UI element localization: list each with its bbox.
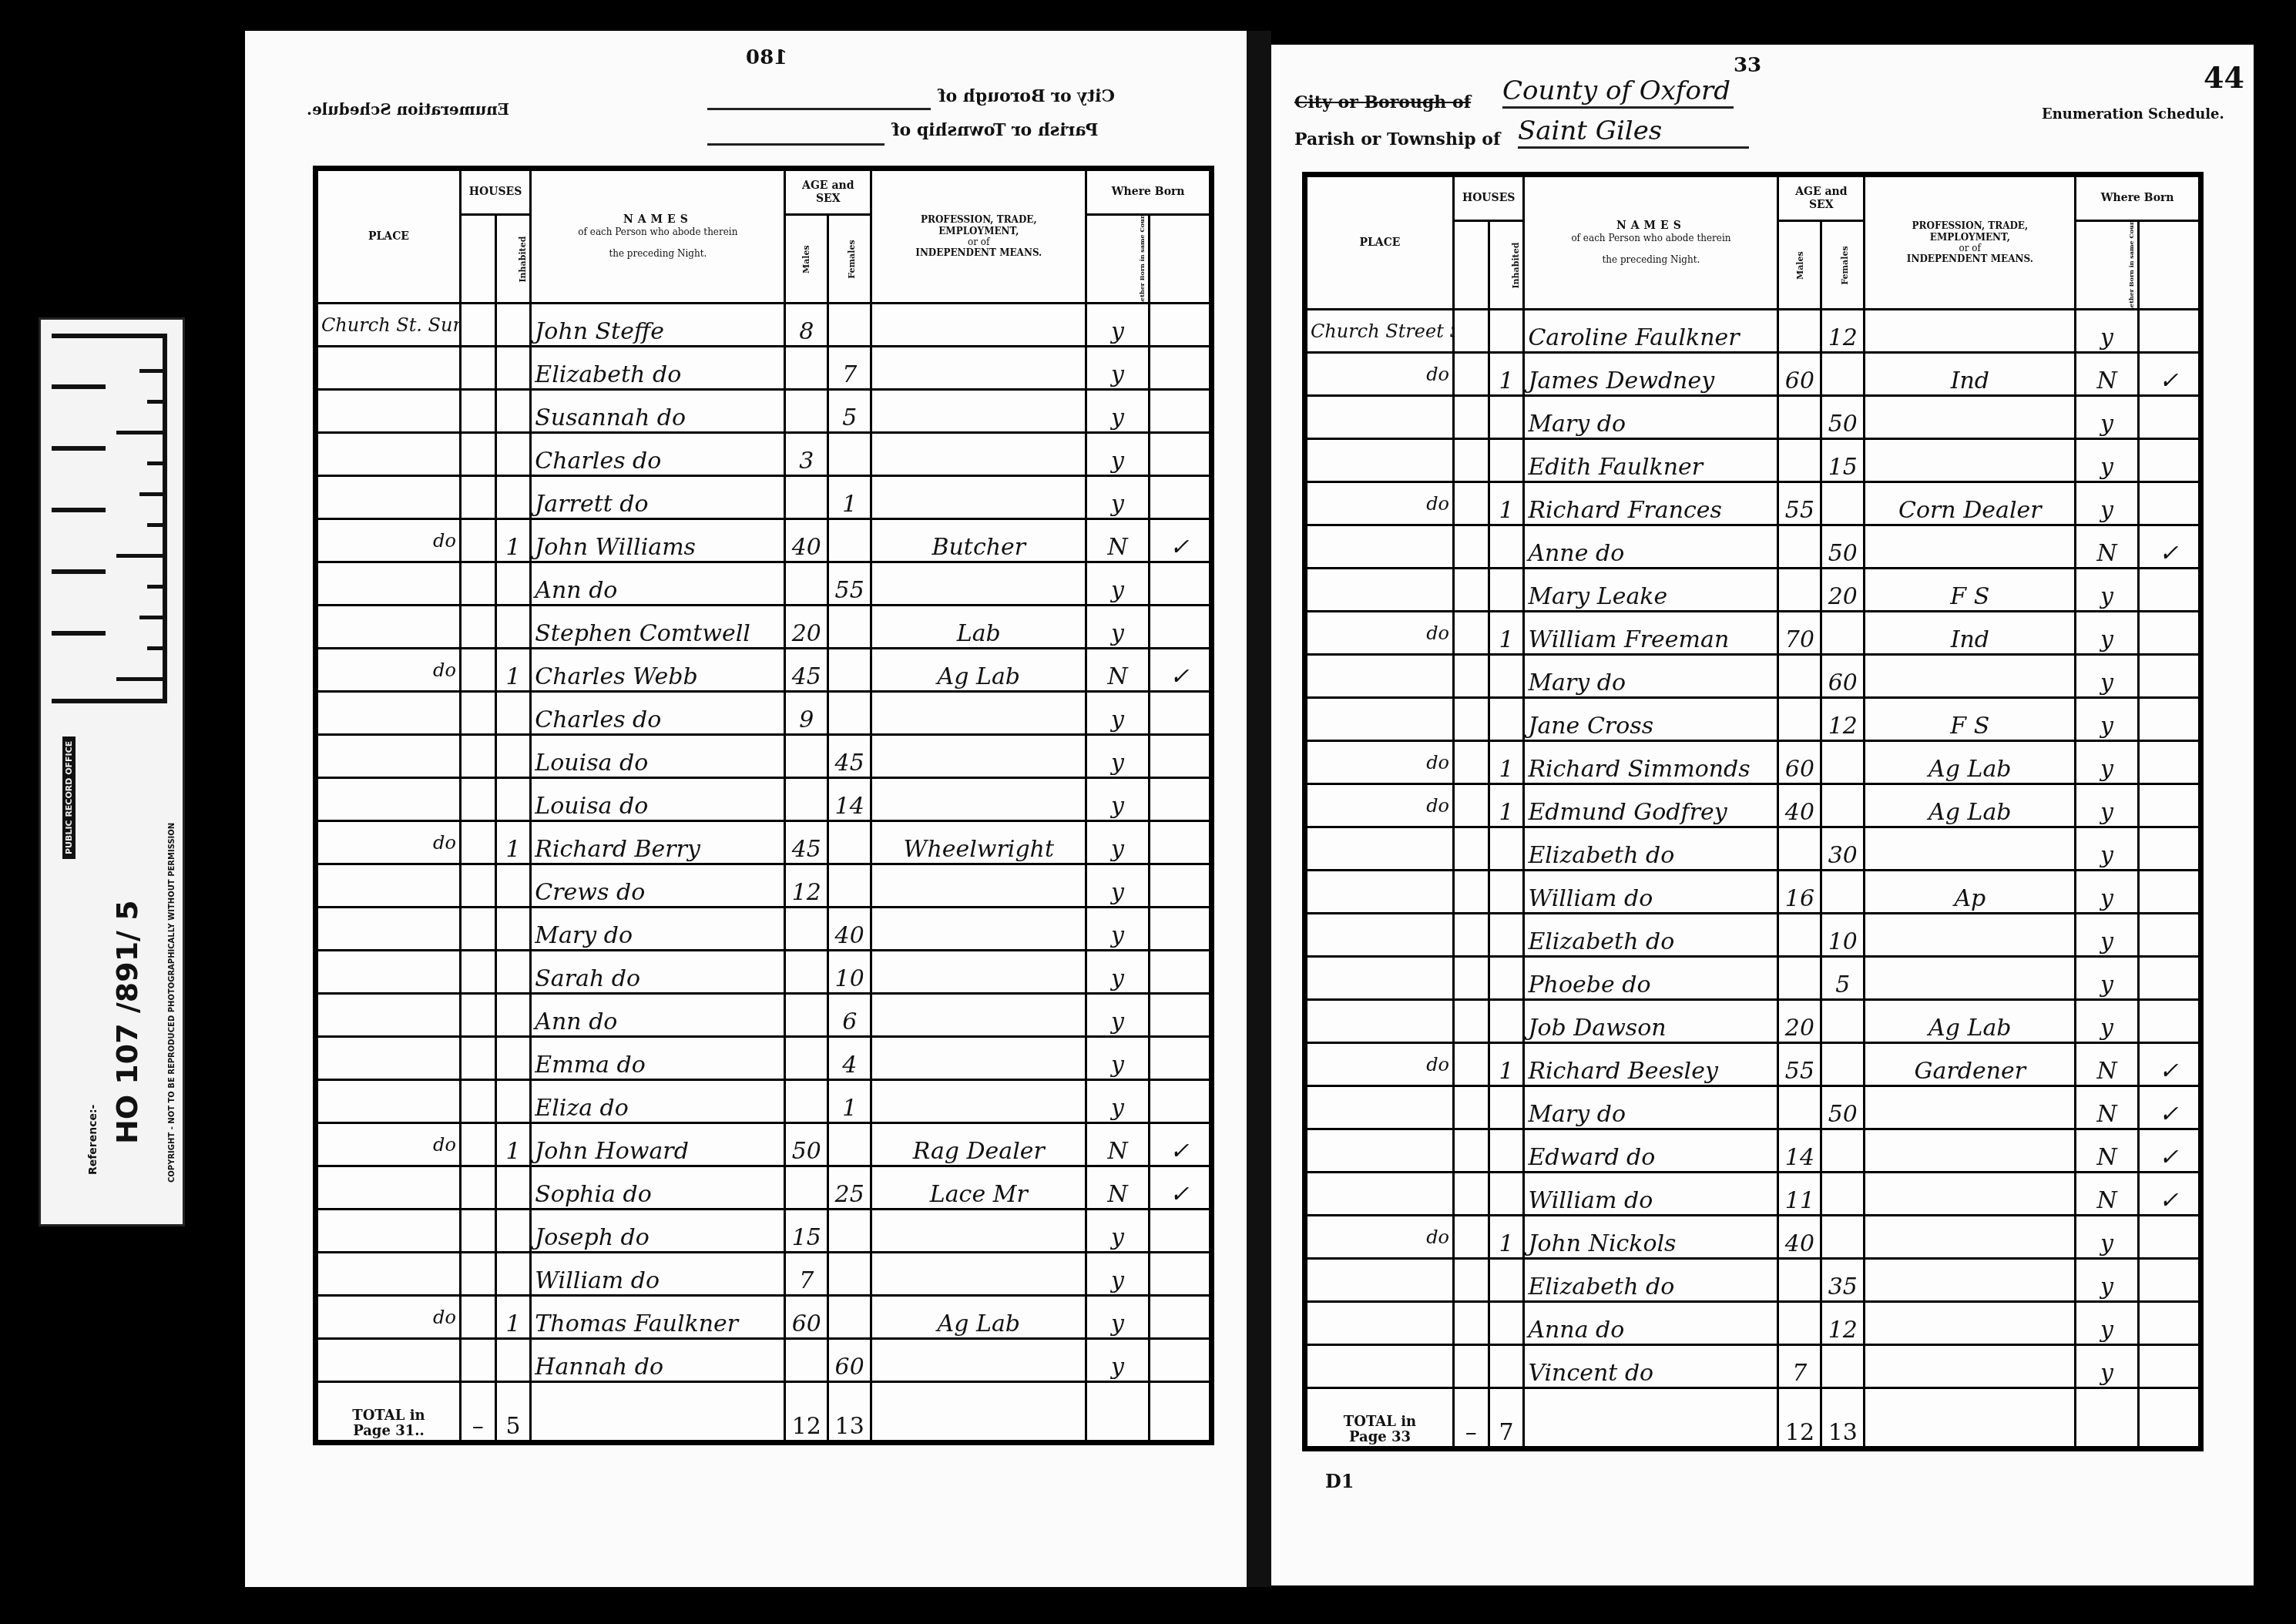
table-row: do1Edmund Godfrey40Ag Laby (1305, 784, 2201, 827)
name-cell: Charles Webb (531, 649, 785, 692)
name-cell: Mary do (1524, 396, 1778, 439)
born-county-cell: y (1086, 821, 1149, 864)
name-cell: Eliza do (531, 1080, 785, 1123)
profession-cell (1865, 310, 2076, 353)
place-cell (1305, 1086, 1454, 1129)
uninhabited-cell (460, 519, 495, 562)
name-cell: Sophia do (531, 1166, 785, 1210)
place-cell: do (316, 821, 461, 864)
uninhabited-cell (1453, 914, 1489, 957)
inhabited-cell (495, 606, 531, 649)
inhabited-cell (1489, 871, 1524, 914)
uninhabited-cell (1453, 439, 1489, 482)
foreign-born-cell (1149, 390, 1211, 433)
foreign-born-cell (2138, 698, 2200, 741)
name-cell: Edward do (1524, 1129, 1778, 1173)
inhabited-cell (1489, 957, 1524, 1000)
profession-cell: Ag Lab (871, 649, 1086, 692)
profession-cell (871, 908, 1086, 951)
male-age-cell (785, 951, 828, 994)
table-row: Jane Cross12F Sy (1305, 698, 2201, 741)
male-age-cell (1778, 439, 1821, 482)
inhabited-cell (1489, 525, 1524, 569)
uninhabited-cell (460, 994, 495, 1037)
table-row: Phoebe do5y (1305, 957, 2201, 1000)
col-names: NAMESof each Person who abode thereinthe… (531, 169, 785, 304)
profession-cell (871, 1253, 1086, 1296)
place-cell: do (316, 1123, 461, 1166)
table-row: Elizabeth do7y (316, 347, 1212, 390)
table-row: William do16Apy (1305, 871, 2201, 914)
profession-cell (1865, 1302, 2076, 1345)
female-age-cell (1821, 353, 1865, 396)
female-age-cell (1821, 1173, 1865, 1216)
foreign-born-cell (1149, 1339, 1211, 1382)
male-age-cell (1778, 914, 1821, 957)
uninhabited-cell (460, 692, 495, 735)
profession-cell: Butcher (871, 519, 1086, 562)
female-age-cell: 50 (1821, 525, 1865, 569)
uninhabited-cell (1453, 784, 1489, 827)
name-cell: Sarah do (531, 951, 785, 994)
foreign-born-cell (1149, 347, 1211, 390)
table-row: Anna do12y (1305, 1302, 2201, 1345)
reference-label: Reference:- (87, 1105, 99, 1175)
place-cell: do (316, 649, 461, 692)
table-row: Ann do55y (316, 562, 1212, 606)
place-cell: do (316, 519, 461, 562)
table-row: Louisa do14y (316, 778, 1212, 821)
uninhabited-cell (460, 778, 495, 821)
foreign-born-cell (1149, 908, 1211, 951)
name-cell: Charles do (531, 433, 785, 476)
uninhabited-cell (460, 821, 495, 864)
col-foreign: Whether Born in Scotland, Ireland, or Fo… (1149, 215, 1211, 304)
record-office-stamp: PUBLIC RECORD OFFICE (62, 737, 76, 859)
place-cell (316, 347, 461, 390)
place-cell: Church St. Summer Town (316, 304, 461, 347)
reference-number: HO 107 /891/ 5 (110, 900, 144, 1144)
table-row: Mary Leake20F Sy (1305, 569, 2201, 612)
col-inhabited: Inhabited (1489, 221, 1524, 310)
profession-cell (1865, 1173, 2076, 1216)
place-cell (1305, 1345, 1454, 1388)
born-county-cell: N (1086, 1166, 1149, 1210)
female-age-cell: 45 (828, 735, 871, 778)
female-age-cell (828, 433, 871, 476)
born-county-cell: y (2076, 1302, 2138, 1345)
name-cell: Caroline Faulkner (1524, 310, 1778, 353)
male-age-cell: 20 (785, 606, 828, 649)
place-cell (1305, 1000, 1454, 1043)
name-cell: Anne do (1524, 525, 1778, 569)
inhabited-cell (495, 692, 531, 735)
foreign-born-cell: ✓ (1149, 519, 1211, 562)
profession-cell (1865, 827, 2076, 871)
born-county-cell: N (2076, 353, 2138, 396)
col-place: PLACE (316, 169, 461, 304)
name-cell: Jarrett do (531, 476, 785, 519)
profession-cell (871, 1210, 1086, 1253)
col-place: PLACE (1305, 175, 1454, 310)
left-total-males: 12 (785, 1382, 828, 1443)
place-cell (316, 1253, 461, 1296)
foreign-born-cell: ✓ (2138, 1173, 2200, 1216)
inhabited-cell (495, 1037, 531, 1080)
born-county-cell: y (2076, 482, 2138, 525)
footer-mark: D1 (1325, 1470, 1354, 1492)
foreign-born-cell (2138, 741, 2200, 784)
foreign-born-cell (1149, 476, 1211, 519)
place-cell (1305, 827, 1454, 871)
born-county-cell: y (2076, 439, 2138, 482)
left-total-females: 13 (828, 1382, 871, 1443)
place-cell: do (1305, 1216, 1454, 1259)
foreign-born-cell (2138, 612, 2200, 655)
right-census-table: PLACE HOUSES NAMESof each Person who abo… (1302, 172, 2204, 1451)
foreign-born-cell (2138, 482, 2200, 525)
born-county-cell: N (2076, 1086, 2138, 1129)
table-row: Elizabeth do30y (1305, 827, 2201, 871)
female-age-cell: 5 (1821, 957, 1865, 1000)
male-age-cell: 7 (1778, 1345, 1821, 1388)
male-age-cell (1778, 698, 1821, 741)
table-row: Elizabeth do35y (1305, 1259, 2201, 1302)
inhabited-cell: 1 (1489, 612, 1524, 655)
right-total-inhabited: 7 (1489, 1388, 1524, 1449)
profession-cell (871, 1339, 1086, 1382)
profession-cell (1865, 1345, 2076, 1388)
name-cell: William do (1524, 871, 1778, 914)
female-age-cell (1821, 1000, 1865, 1043)
col-same-county: Whether Born in same County (1086, 215, 1149, 304)
female-age-cell (828, 821, 871, 864)
inhabited-cell (1489, 310, 1524, 353)
uninhabited-cell (1453, 1302, 1489, 1345)
foreign-born-cell (1149, 778, 1211, 821)
table-row: do1Thomas Faulkner60Ag Laby (316, 1296, 1212, 1339)
place-cell (316, 951, 461, 994)
inhabited-cell: 1 (1489, 741, 1524, 784)
table-row: Charles do9y (316, 692, 1212, 735)
name-cell: Ann do (531, 562, 785, 606)
female-age-cell: 14 (828, 778, 871, 821)
profession-cell (1865, 655, 2076, 698)
table-row: do1John Howard50Rag DealerN✓ (316, 1123, 1212, 1166)
table-row: do1Richard Frances55Corn Dealery (1305, 482, 2201, 525)
right-total-males: 12 (1778, 1388, 1821, 1449)
name-cell: Jane Cross (1524, 698, 1778, 741)
inhabited-cell (495, 1080, 531, 1123)
uninhabited-cell (1453, 871, 1489, 914)
born-county-cell: y (1086, 1080, 1149, 1123)
col-houses: HOUSES (1453, 175, 1523, 221)
place-cell: do (1305, 612, 1454, 655)
born-county-cell: y (2076, 396, 2138, 439)
profession-cell (871, 735, 1086, 778)
female-age-cell (828, 304, 871, 347)
table-row: Sophia do25Lace MrN✓ (316, 1166, 1212, 1210)
profession-cell (1865, 396, 2076, 439)
right-corner-number: 44 (2204, 60, 2244, 95)
female-age-cell (828, 1253, 871, 1296)
born-county-cell: y (2076, 569, 2138, 612)
born-county-cell: N (1086, 519, 1149, 562)
name-cell: William Freeman (1524, 612, 1778, 655)
col-age-sex: AGE and SEX (785, 169, 871, 215)
uninhabited-cell (1453, 525, 1489, 569)
uninhabited-cell (1453, 655, 1489, 698)
inhabited-cell: 1 (1489, 1216, 1524, 1259)
male-age-cell: 60 (785, 1296, 828, 1339)
profession-cell: Gardener (1865, 1043, 2076, 1086)
table-row: Church St. Summer TownJohn Steffe8y (316, 304, 1212, 347)
name-cell: Richard Berry (531, 821, 785, 864)
foreign-born-cell: ✓ (1149, 1166, 1211, 1210)
foreign-born-cell: ✓ (1149, 1123, 1211, 1166)
uninhabited-cell (1453, 353, 1489, 396)
foreign-born-cell (2138, 1345, 2200, 1388)
foreign-born-cell: ✓ (2138, 1086, 2200, 1129)
inhabited-cell (495, 735, 531, 778)
table-row: William do11N✓ (1305, 1173, 2201, 1216)
uninhabited-cell (460, 951, 495, 994)
male-age-cell (785, 908, 828, 951)
name-cell: John Williams (531, 519, 785, 562)
born-county-cell: y (2076, 957, 2138, 1000)
left-census-table: PLACE HOUSES NAMESof each Person who abo… (313, 166, 1214, 1445)
place-cell (316, 1339, 461, 1382)
left-page: 180 Enumeration Schedule. City or Boroug… (245, 31, 1247, 1587)
name-cell: Edith Faulkner (1524, 439, 1778, 482)
inhabited-cell (495, 778, 531, 821)
male-age-cell (785, 735, 828, 778)
uninhabited-cell (460, 390, 495, 433)
born-county-cell: y (1086, 433, 1149, 476)
inhabited-cell (495, 1210, 531, 1253)
uninhabited-cell (460, 476, 495, 519)
foreign-born-cell (1149, 692, 1211, 735)
table-row: Louisa do45y (316, 735, 1212, 778)
left-table-body: Church St. Summer TownJohn Steffe8yEliza… (316, 304, 1212, 1382)
profession-cell (871, 994, 1086, 1037)
col-foreign: Whether Born in Scotland, Ireland, or Fo… (2138, 221, 2200, 310)
foreign-born-cell: ✓ (2138, 1043, 2200, 1086)
born-county-cell: y (1086, 476, 1149, 519)
female-age-cell: 12 (1821, 310, 1865, 353)
foreign-born-cell (1149, 1296, 1211, 1339)
name-cell: Louisa do (531, 778, 785, 821)
female-age-cell: 15 (1821, 439, 1865, 482)
male-age-cell: 8 (785, 304, 828, 347)
inhabited-cell (495, 1339, 531, 1382)
male-age-cell: 45 (785, 821, 828, 864)
table-row: do1William Freeman70Indy (1305, 612, 2201, 655)
female-age-cell: 40 (828, 908, 871, 951)
place-cell (1305, 1302, 1454, 1345)
profession-cell (871, 951, 1086, 994)
inhabited-cell (495, 347, 531, 390)
name-cell: James Dewdney (1524, 353, 1778, 396)
foreign-born-cell (2138, 310, 2200, 353)
profession-cell (871, 304, 1086, 347)
place-cell (316, 476, 461, 519)
foreign-born-cell (2138, 957, 2200, 1000)
inhabited-cell: 1 (495, 649, 531, 692)
inhabited-cell: 1 (495, 1296, 531, 1339)
female-age-cell (1821, 1043, 1865, 1086)
right-parish-value: Saint Giles (1518, 116, 1749, 149)
table-row: Mary do40y (316, 908, 1212, 951)
inhabited-cell (495, 433, 531, 476)
female-age-cell: 20 (1821, 569, 1865, 612)
born-county-cell: y (2076, 741, 2138, 784)
born-county-cell: y (1086, 1253, 1149, 1296)
profession-cell: Lab (871, 606, 1086, 649)
table-row: Jarrett do1y (316, 476, 1212, 519)
inhabited-cell: 1 (1489, 784, 1524, 827)
inhabited-cell: 1 (495, 1123, 531, 1166)
male-age-cell (1778, 827, 1821, 871)
foreign-born-cell: ✓ (2138, 353, 2200, 396)
foreign-born-cell (1149, 735, 1211, 778)
male-age-cell: 40 (1778, 784, 1821, 827)
name-cell: Job Dawson (1524, 1000, 1778, 1043)
foreign-born-cell: ✓ (2138, 1129, 2200, 1173)
foreign-born-cell (1149, 951, 1211, 994)
left-schedule-label: Enumeration Schedule. (307, 100, 509, 119)
uninhabited-cell (1453, 1345, 1489, 1388)
uninhabited-cell (1453, 1129, 1489, 1173)
right-city-value: County of Oxford (1502, 75, 1734, 109)
place-cell (1305, 1173, 1454, 1216)
born-county-cell: y (2076, 655, 2138, 698)
foreign-born-cell: ✓ (2138, 525, 2200, 569)
foreign-born-cell (2138, 914, 2200, 957)
female-age-cell (1821, 784, 1865, 827)
foreign-born-cell (1149, 1210, 1211, 1253)
female-age-cell: 50 (1821, 1086, 1865, 1129)
born-county-cell: y (1086, 951, 1149, 994)
uninhabited-cell (1453, 827, 1489, 871)
uninhabited-cell (460, 1253, 495, 1296)
profession-cell: Ag Lab (1865, 1000, 2076, 1043)
place-cell: do (1305, 784, 1454, 827)
uninhabited-cell (1453, 1259, 1489, 1302)
name-cell: Emma do (531, 1037, 785, 1080)
born-county-cell: y (1086, 390, 1149, 433)
uninhabited-cell (460, 864, 495, 908)
name-cell: Mary Leake (1524, 569, 1778, 612)
right-parish-label: Parish or Township of (1294, 129, 1501, 149)
name-cell: Richard Frances (1524, 482, 1778, 525)
name-cell: William do (1524, 1173, 1778, 1216)
profession-cell: Lace Mr (871, 1166, 1086, 1210)
born-county-cell: y (1086, 606, 1149, 649)
name-cell: Elizabeth do (1524, 1259, 1778, 1302)
profession-cell: F S (1865, 569, 2076, 612)
foreign-born-cell (2138, 569, 2200, 612)
female-age-cell (828, 606, 871, 649)
foreign-born-cell: ✓ (1149, 649, 1211, 692)
place-cell (316, 390, 461, 433)
place-cell: do (316, 1296, 461, 1339)
female-age-cell (828, 692, 871, 735)
male-age-cell: 14 (1778, 1129, 1821, 1173)
uninhabited-cell (1453, 1043, 1489, 1086)
female-age-cell: 5 (828, 390, 871, 433)
male-age-cell (785, 778, 828, 821)
name-cell: Anna do (1524, 1302, 1778, 1345)
male-age-cell (1778, 569, 1821, 612)
profession-cell (1865, 439, 2076, 482)
inhabited-cell (1489, 1000, 1524, 1043)
col-males: Males (785, 215, 828, 304)
col-profession: PROFESSION, TRADE,EMPLOYMENT,or ofINDEPE… (871, 169, 1086, 304)
born-county-cell: N (1086, 1123, 1149, 1166)
profession-cell (1865, 1129, 2076, 1173)
table-row: Eliza do1y (316, 1080, 1212, 1123)
born-county-cell: N (2076, 1043, 2138, 1086)
inhabited-cell (495, 994, 531, 1037)
born-county-cell: N (1086, 649, 1149, 692)
female-age-cell (1821, 1129, 1865, 1173)
col-same-county: Whether Born in same County (2076, 221, 2138, 310)
table-row: do1Richard Berry45Wheelwrighty (316, 821, 1212, 864)
foreign-born-cell (2138, 1216, 2200, 1259)
female-age-cell: 35 (1821, 1259, 1865, 1302)
place-cell (1305, 698, 1454, 741)
name-cell: John Nickols (1524, 1216, 1778, 1259)
foreign-born-cell (2138, 1000, 2200, 1043)
uninhabited-cell (460, 1339, 495, 1382)
name-cell: Richard Simmonds (1524, 741, 1778, 784)
female-age-cell: 12 (1821, 1302, 1865, 1345)
uninhabited-cell (460, 562, 495, 606)
female-age-cell (828, 1210, 871, 1253)
inhabited-cell (495, 562, 531, 606)
male-age-cell: 55 (1778, 1043, 1821, 1086)
profession-cell (871, 347, 1086, 390)
inhabited-cell: 1 (1489, 482, 1524, 525)
table-row: Joseph do15y (316, 1210, 1212, 1253)
born-county-cell: y (1086, 908, 1149, 951)
name-cell: Richard Beesley (1524, 1043, 1778, 1086)
profession-cell: Ap (1865, 871, 2076, 914)
male-age-cell: 12 (785, 864, 828, 908)
left-parish-line (707, 143, 884, 146)
male-age-cell (785, 994, 828, 1037)
place-cell (316, 1210, 461, 1253)
foreign-born-cell (1149, 1080, 1211, 1123)
foreign-born-cell (1149, 1253, 1211, 1296)
profession-cell: Ag Lab (1865, 784, 2076, 827)
place-cell (1305, 1259, 1454, 1302)
place-cell (316, 1037, 461, 1080)
uninhabited-cell (460, 649, 495, 692)
foreign-born-cell (1149, 821, 1211, 864)
female-age-cell (1821, 1345, 1865, 1388)
table-row: Susannah do5y (316, 390, 1212, 433)
place-cell (316, 778, 461, 821)
left-parish-label: Parish or Township of (892, 120, 1099, 140)
table-row: Anne do50N✓ (1305, 525, 2201, 569)
male-age-cell (1778, 957, 1821, 1000)
born-county-cell: y (2076, 1216, 2138, 1259)
born-county-cell: y (1086, 1210, 1149, 1253)
female-age-cell (828, 1123, 871, 1166)
female-age-cell: 60 (828, 1339, 871, 1382)
